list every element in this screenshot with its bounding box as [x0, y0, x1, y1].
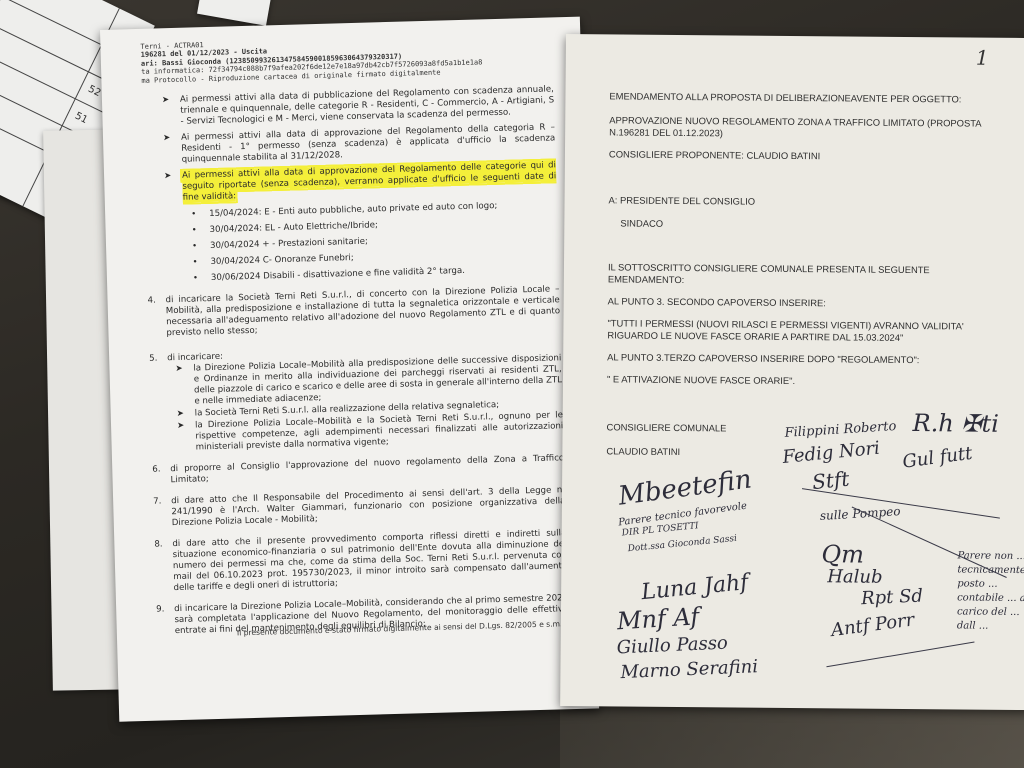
subject-line: EMENDAMENTO ALLA PROPOSTA DI DELIBERAZIO… — [609, 90, 1019, 106]
signature-stroke — [826, 642, 974, 668]
sub-item-text: la Direzione Polizia Locale–Mobilità all… — [193, 353, 562, 406]
arrow-bullet-icon: ➤ — [163, 133, 171, 144]
recipient-2: SINDACO — [608, 217, 1018, 233]
highlighted-paragraph: ➤Ai permessi attivi alla data di approva… — [164, 160, 557, 204]
handwritten-signature: Luna Jahf — [640, 570, 749, 605]
end-dates-list: 15/04/2024: E - Enti auto pubbliche, aut… — [191, 199, 559, 284]
quote-1: "TUTTI I PERMESSI (NUOVI RILASCI E PERME… — [607, 317, 967, 344]
handwritten-note: Dott.ssa Gioconda Sassi — [627, 534, 737, 554]
amendment-body: EMENDAMENTO ALLA PROPOSTA DI DELIBERAZIO… — [606, 90, 1019, 461]
arrow-bullet-icon: ➤ — [164, 171, 172, 182]
arrow-bullet-icon: ➤ — [177, 409, 185, 420]
item-number: 4. — [147, 296, 156, 307]
paragraph-text: Ai permessi attivi alla data di approvaz… — [181, 122, 555, 164]
amendment-page: 1 EMENDAMENTO ALLA PROPOSTA DI DELIBERAZ… — [560, 34, 1024, 710]
numbered-item: 5.di incaricare: ➤la Direzione Polizia L… — [149, 342, 564, 454]
deliberation-body: ➤Ai permessi attivi alla data di pubblic… — [162, 84, 569, 641]
item-number: 9. — [156, 604, 165, 615]
handwritten-signature: Rpt Sd — [861, 586, 924, 610]
numbered-item: 8.di dare atto che il presente provvedim… — [154, 528, 567, 594]
item-number: 6. — [152, 464, 161, 475]
handwritten-signature: Mnf Af — [616, 602, 700, 635]
proponent: CONSIGLIERE PROPONENTE: CLAUDIO BATINI — [609, 148, 1019, 164]
handwritten-signature: R.h ✠ti — [912, 409, 998, 438]
arrow-bullet-icon: ➤ — [177, 421, 185, 432]
item-text: di dare atto che Il Responsabile del Pro… — [171, 485, 565, 528]
point-2: AL PUNTO 3.TERZO CAPOVERSO INSERIRE DOPO… — [607, 351, 1017, 367]
paragraph: ➤Ai permessi attivi alla data di approva… — [163, 122, 556, 166]
handwritten-signature: Halub — [827, 566, 882, 587]
numbered-item: 7.di dare atto che Il Responsabile del P… — [153, 485, 566, 529]
intro-text: IL SOTTOSCRITTO CONSIGLIERE COMUNALE PRE… — [608, 261, 948, 288]
page-number: 1 — [976, 46, 989, 70]
row-number: 51 — [73, 111, 89, 126]
item-text: di incaricare: — [167, 352, 223, 364]
item-text: di incaricare la Società Terni Reti S.u.… — [165, 284, 560, 338]
handwritten-signature: Giullo Passo — [616, 633, 728, 659]
protocol-header: Terni - ACTRA01 196281 del 01/12/2023 - … — [140, 33, 482, 85]
handwritten-signature: Antf Porr — [830, 609, 916, 641]
highlighted-text: Ai permessi attivi alla data di approvaz… — [182, 160, 556, 202]
item-number: 7. — [153, 496, 162, 507]
deliberation-page: Terni - ACTRA01 196281 del 01/12/2023 - … — [100, 17, 599, 722]
item-number: 8. — [154, 539, 163, 550]
handwritten-signature: Qm — [821, 540, 864, 568]
numbered-item: 6.di proporre al Consiglio l'approvazion… — [152, 453, 564, 486]
amendment-title: APPROVAZIONE NUOVO REGOLAMENTO ZONA A TR… — [609, 114, 1019, 142]
recipient: A: PRESIDENTE DEL CONSIGLIO — [608, 194, 1018, 210]
handwritten-side-note: Parere non ... tecnicamente posto ... co… — [957, 549, 1024, 634]
row-number: 52 — [86, 84, 102, 99]
arrow-bullet-icon: ➤ — [162, 95, 170, 106]
arrow-bullet-icon: ➤ — [175, 364, 183, 375]
item-number: 5. — [149, 354, 158, 365]
point-1: AL PUNTO 3. SECONDO CAPOVERSO INSERIRE: — [608, 295, 1018, 311]
sub-list: ➤la Direzione Polizia Locale–Mobilità al… — [175, 353, 563, 454]
quote-2: " E ATTIVAZIONE NUOVE FASCE ORARIE". — [607, 373, 1017, 389]
item-text: di dare atto che il presente provvedimen… — [172, 528, 567, 593]
item-text: di proporre al Consiglio l'approvazione … — [170, 453, 564, 485]
paragraph: ➤Ai permessi attivi alla data di pubblic… — [162, 84, 555, 128]
handwritten-signature: Marno Serafini — [620, 656, 758, 683]
paragraph-text: Ai permessi attivi alla data di pubblica… — [180, 84, 554, 126]
handwritten-signature: sulle Pompeo — [819, 504, 900, 523]
numbered-item: 4.di incaricare la Società Terni Reti S.… — [147, 284, 560, 339]
